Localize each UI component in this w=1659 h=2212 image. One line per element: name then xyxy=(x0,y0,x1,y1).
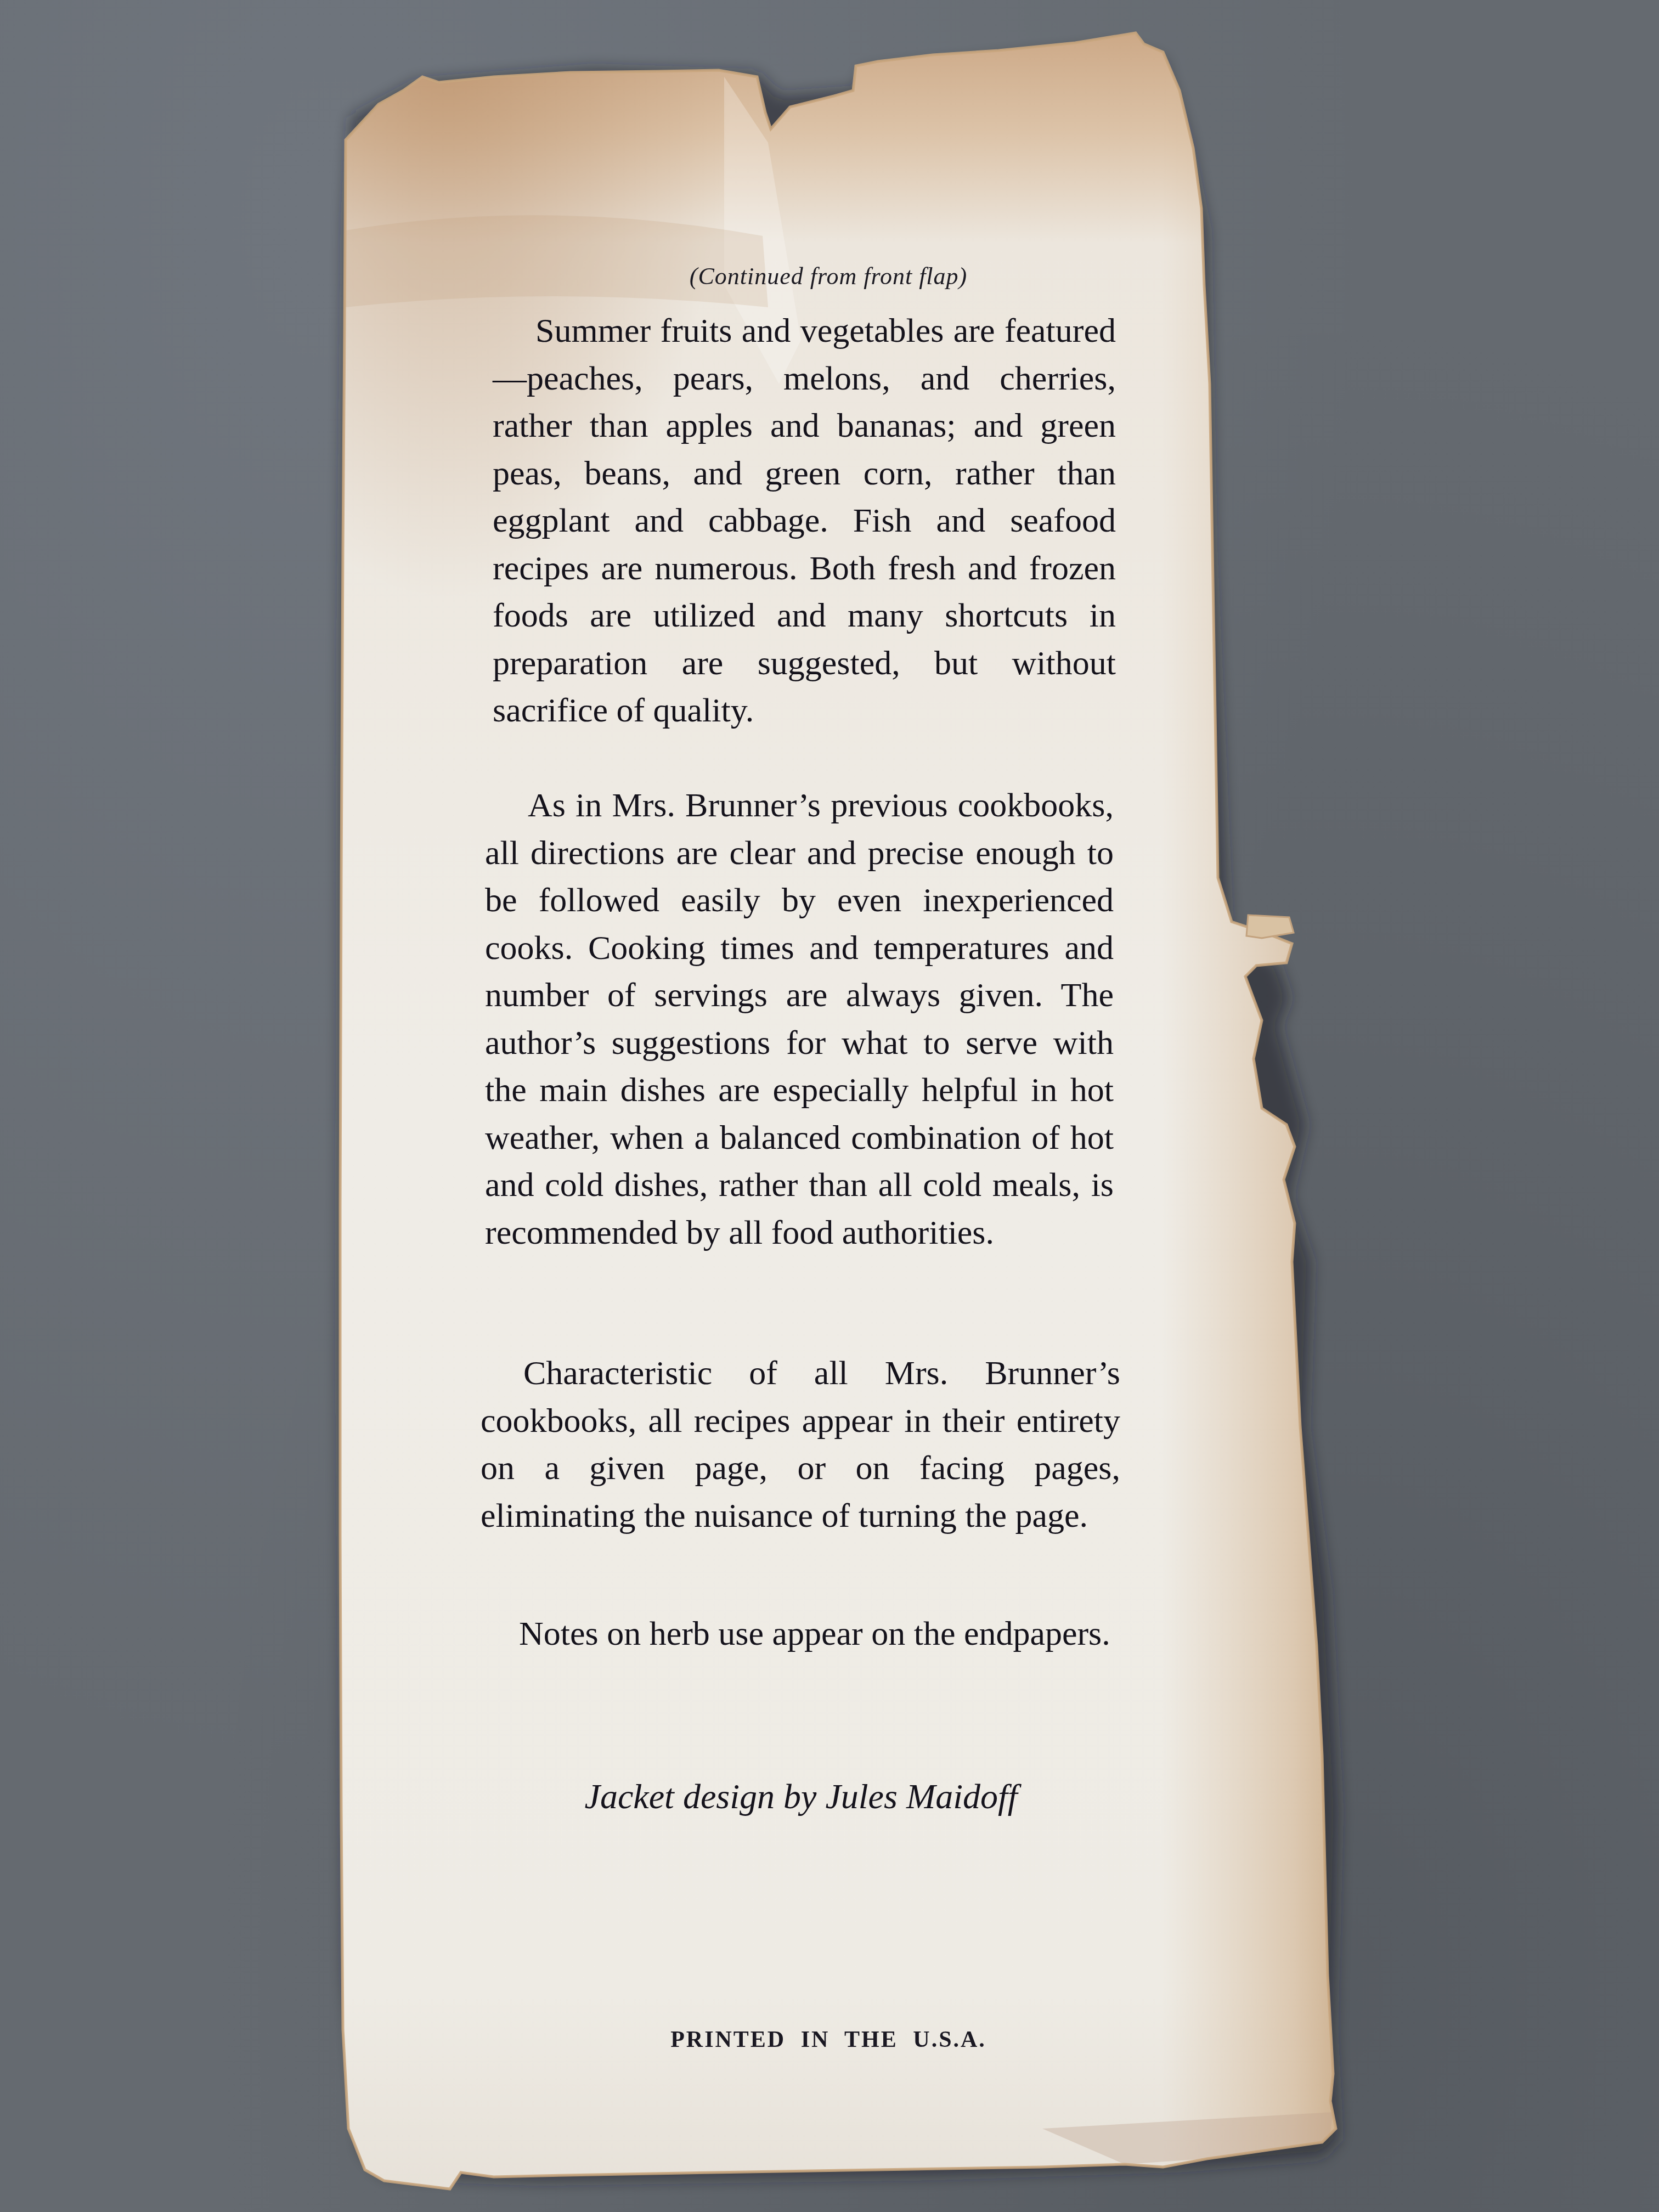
body-block-4: Notes on herb use appear on the endpaper… xyxy=(476,1610,1121,1658)
body-block-3: Characteristic of all Mrs. Brunner’s coo… xyxy=(481,1350,1120,1539)
paragraph-directions: As in Mrs. Brunner’s previous cook­books… xyxy=(485,782,1114,1256)
flap-text: (Continued from front flap) Summer fruit… xyxy=(0,0,1659,2212)
printed-in-usa-imprint: PRINTED IN THE U.S.A. xyxy=(603,2027,1053,2053)
continued-note: (Continued from front flap) xyxy=(603,262,1053,290)
paragraph-herb-notes: Notes on herb use appear on the endpaper… xyxy=(476,1610,1121,1658)
paragraph-recipe-layout: Characteristic of all Mrs. Brunner’s coo… xyxy=(481,1350,1120,1539)
jacket-design-credit: Jacket design by Jules Maidoff xyxy=(527,1776,1075,1817)
paragraph-summer-fruits: Summer fruits and vegetables are feature… xyxy=(493,307,1116,735)
body-block-1: Summer fruits and vegetables are feature… xyxy=(493,307,1116,735)
body-block-2: As in Mrs. Brunner’s previous cook­books… xyxy=(485,782,1114,1256)
